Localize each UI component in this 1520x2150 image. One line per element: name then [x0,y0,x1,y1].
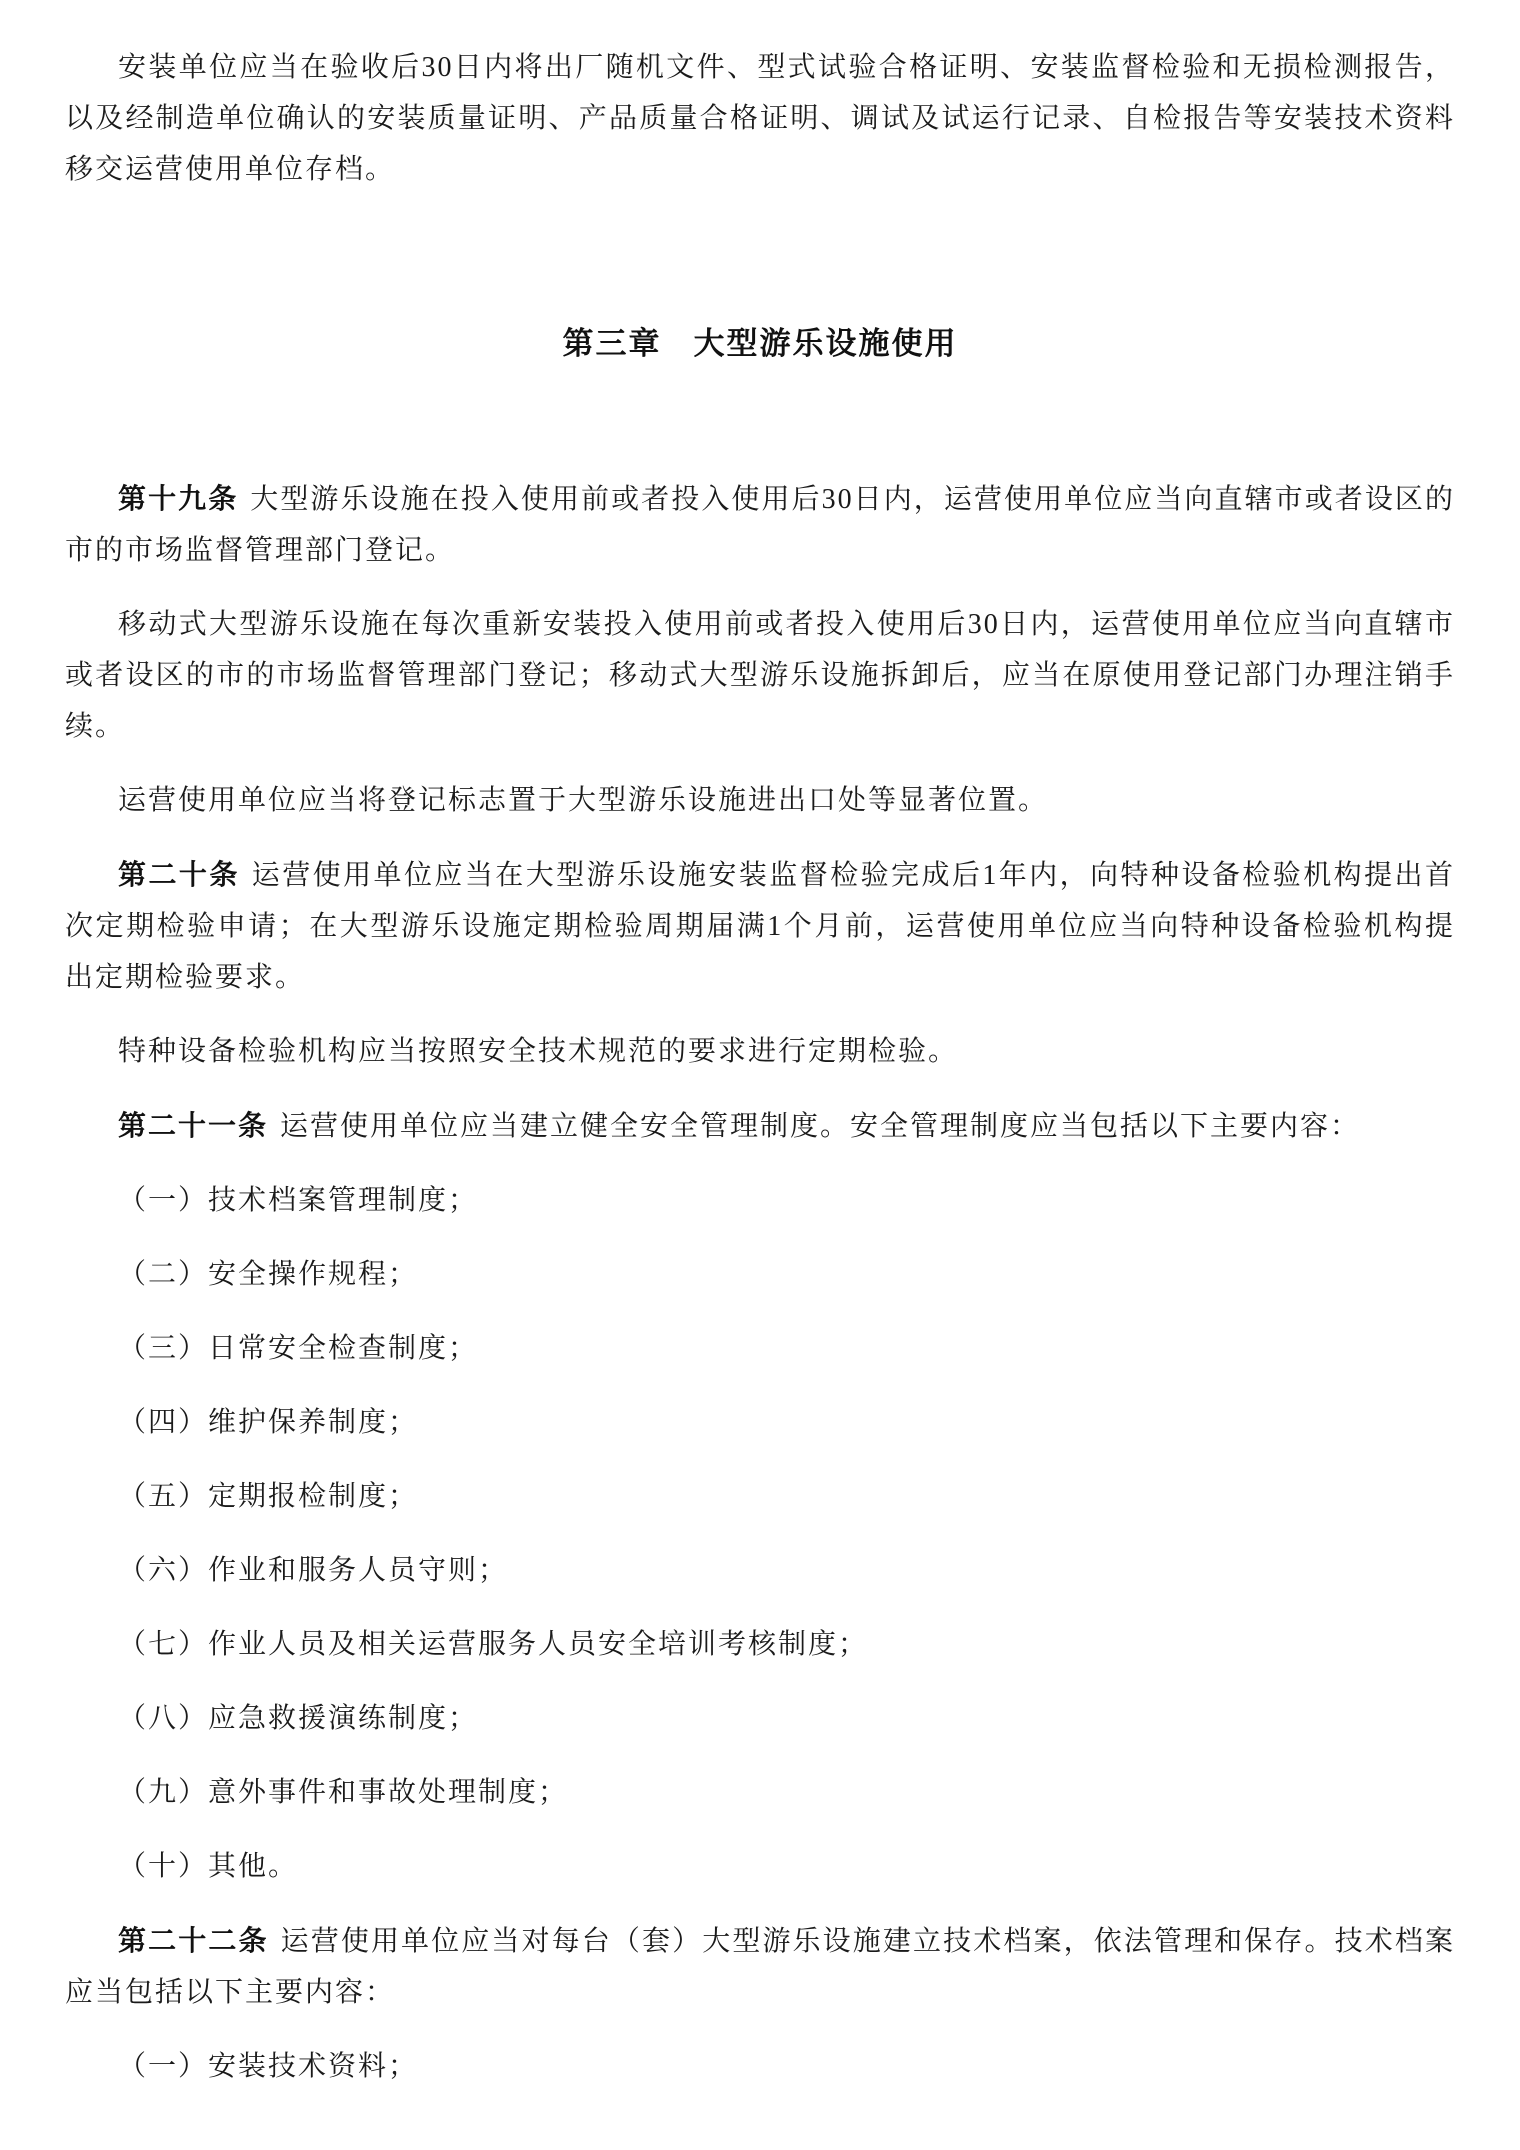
article-19: 第十九条大型游乐设施在投入使用前或者投入使用后30日内，运营使用单位应当向直辖市… [65,473,1455,576]
chapter-heading: 第三章大型游乐设施使用 [65,318,1455,369]
chapter-number: 第三章 [563,326,662,361]
article-20-text: 运营使用单位应当在大型游乐设施安装监督检验完成后1年内，向特种设备检验机构提出首… [65,860,1455,993]
list-item-21-2: （二）安全操作规程； [65,1249,1455,1300]
article-20: 第二十条运营使用单位应当在大型游乐设施安装监督检验完成后1年内，向特种设备检验机… [65,849,1455,1003]
article-21-text: 运营使用单位应当建立健全安全管理制度。安全管理制度应当包括以下主要内容： [280,1111,1360,1142]
article-19-label: 第十九条 [118,483,238,514]
paragraph-mark-position: 运营使用单位应当将登记标志置于大型游乐设施进出口处等显著位置。 [65,775,1455,826]
article-21-label: 第二十一条 [118,1110,268,1141]
list-item-21-1: （一）技术档案管理制度； [65,1175,1455,1226]
article-22-label: 第二十二条 [118,1925,269,1956]
article-22: 第二十二条运营使用单位应当对每台（套）大型游乐设施建立技术档案，依法管理和保存。… [65,1915,1455,2018]
paragraph-mobile-register: 移动式大型游乐设施在每次重新安装投入使用前或者投入使用后30日内，运营使用单位应… [65,599,1455,752]
list-item-21-3: （三）日常安全检查制度； [65,1323,1455,1374]
list-item-22-1: （一）安装技术资料； [65,2041,1455,2092]
list-item-21-9: （九）意外事件和事故处理制度； [65,1767,1455,1818]
article-22-text: 运营使用单位应当对每台（套）大型游乐设施建立技术档案，依法管理和保存。技术档案应… [65,1926,1455,2008]
list-item-21-5: （五）定期报检制度； [65,1471,1455,1522]
list-item-21-10: （十）其他。 [65,1841,1455,1892]
paragraph-install-handover: 安装单位应当在验收后30日内将出厂随机文件、型式试验合格证明、安装监督检验和无损… [65,42,1455,195]
list-item-21-4: （四）维护保养制度； [65,1397,1455,1448]
article-19-text: 大型游乐设施在投入使用前或者投入使用后30日内，运营使用单位应当向直辖市或者设区… [65,484,1455,566]
paragraph-periodic-inspection: 特种设备检验机构应当按照安全技术规范的要求进行定期检验。 [65,1026,1455,1077]
document-page: 安装单位应当在验收后30日内将出厂随机文件、型式试验合格证明、安装监督检验和无损… [0,0,1520,2150]
article-21: 第二十一条运营使用单位应当建立健全安全管理制度。安全管理制度应当包括以下主要内容… [65,1100,1455,1152]
list-item-21-7: （七）作业人员及相关运营服务人员安全培训考核制度； [65,1619,1455,1670]
chapter-title: 大型游乐设施使用 [694,326,958,361]
article-20-label: 第二十条 [118,859,240,890]
list-item-21-6: （六）作业和服务人员守则； [65,1545,1455,1596]
list-item-21-8: （八）应急救援演练制度； [65,1693,1455,1744]
